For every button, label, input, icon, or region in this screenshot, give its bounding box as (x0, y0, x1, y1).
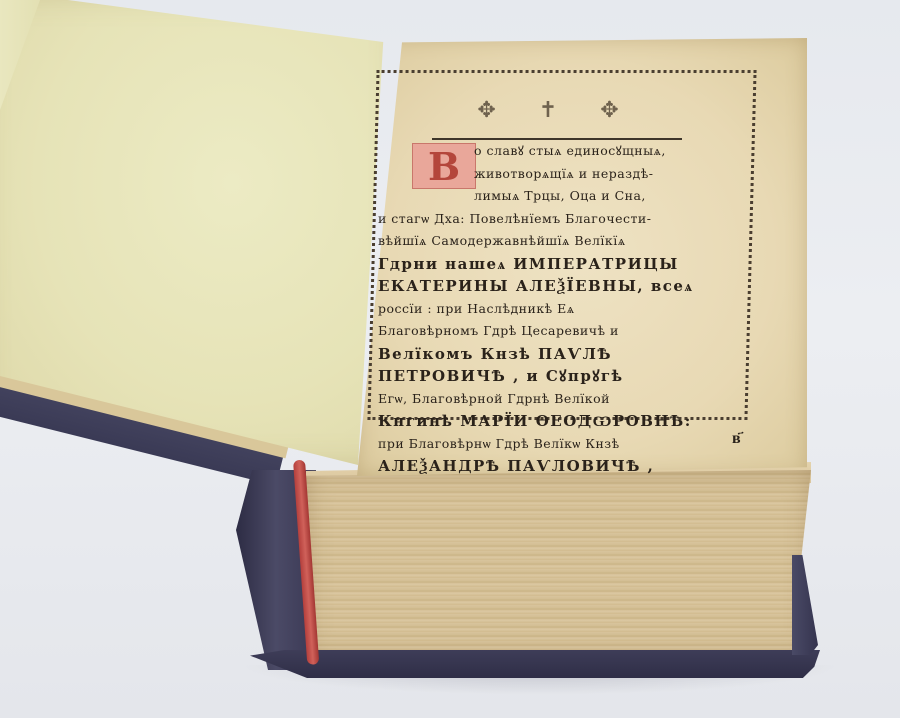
text-line: при Благовѣрнѡ Гдрѣ Велїкѡ Кнзѣ (378, 433, 738, 456)
text-line: Егѡ, Благовѣрной Гдрнѣ Велїкой (378, 388, 738, 411)
text-line: вѣйшїѧ Самодержавнѣйшїѧ Велїкїѧ (378, 230, 738, 253)
text-line: ЕКАТЕРИНЫ АЛЕѮЇЕВНЫ, всеѧ (378, 275, 738, 298)
text-line: ПЕТРОВИЧѢ , и Сꙋпрꙋгѣ (378, 365, 738, 388)
back-cover (250, 650, 820, 678)
text-line: и стагѡ Дха: Повелѣнїемъ Благочести- (378, 208, 738, 231)
text-line: о славꙋ стыѧ единосꙋщныѧ, (378, 140, 738, 163)
text-line: Велїкомъ Кнзѣ ПАѴЛѢ (378, 343, 738, 366)
text-line: лимыѧ Трцы, Оца и Сна, (378, 185, 738, 208)
dedication-text: о славꙋ стыѧ единосꙋщныѧ, животворѧщїѧ и… (378, 140, 738, 478)
text-line: животворѧщїѧ и нераздѣ- (378, 163, 738, 186)
back-cover-corner (792, 555, 818, 655)
photo-scene: ✥ ✝ ✥ В о славꙋ стыѧ единосꙋщныѧ, животв… (0, 0, 900, 718)
text-line: россїи : при Наслѣдникѣ Еѧ (378, 298, 738, 321)
text-line: Благовѣрномъ Гдрѣ Цесаревичѣ и (378, 320, 738, 343)
page-block-edges (306, 470, 811, 660)
cross-ornament-icon: ✥ ✝ ✥ (477, 98, 636, 123)
headpiece-ornament-icon: ✥ ✝ ✥ (432, 82, 682, 140)
page-number: в҃ (732, 428, 741, 448)
text-line: АЛЕѮАНДРѢ ПАѴЛОВИЧѢ , (378, 455, 738, 478)
text-line: Кнгинѣ МАРЇИ ѲЕОДѠРОВНѢ: (378, 410, 738, 433)
text-line: Гдрни нашеѧ ИМПЕРАТРИЦЫ (378, 253, 738, 276)
